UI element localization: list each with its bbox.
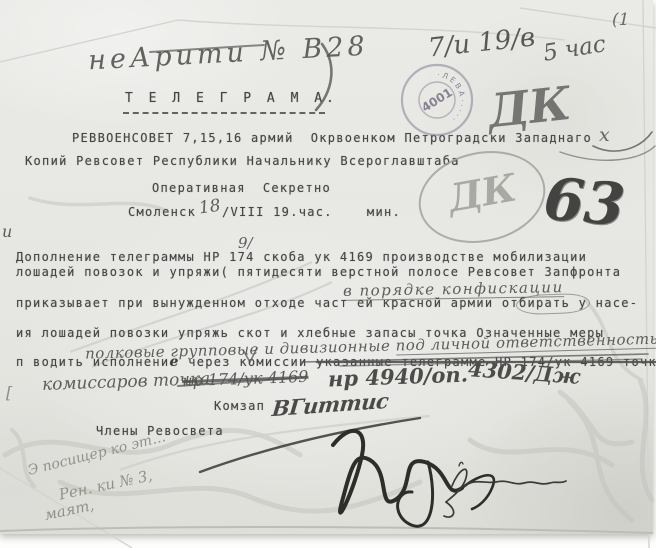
body-line-1: Дополнение телеграммы НР 174 скоба ук 41… [16,250,587,264]
dateline-rest: /VIII 19.час. мин. [222,205,401,219]
corner-note: (1 [612,10,629,30]
komzap-label: Комзап [214,399,265,413]
classification-line: Оперативная Секретно [152,181,331,195]
big-pencil-63: 63 [541,165,627,240]
dateline-day-handwritten: 18 [198,196,222,219]
margin-letter: и [2,222,12,241]
hw-number-op: нр 4940/оп. [328,362,469,392]
body-line-2: лошадей повозок и упряжи( пятидесяти вер… [16,265,621,279]
body-line-5a: п водить исполнени [16,355,169,369]
pencil-x-mark: х [599,124,610,146]
title-dashed-underline [123,112,325,114]
dateline-place: Смоленск [128,205,196,219]
pencil-monogram: ДК [485,76,573,138]
address-line-2: Копий Ревсовет Республики Начальнику Все… [25,154,460,168]
margin-bracket: [ [6,383,12,402]
pencil-e-correction: е [169,354,179,370]
scanned-telegram-document: (1 неАрити № В28 7/и 19/в 5 час Т Е Л Е … [0,0,656,548]
telegram-title: Т Е Л Е Г Р А М А. [125,91,338,106]
